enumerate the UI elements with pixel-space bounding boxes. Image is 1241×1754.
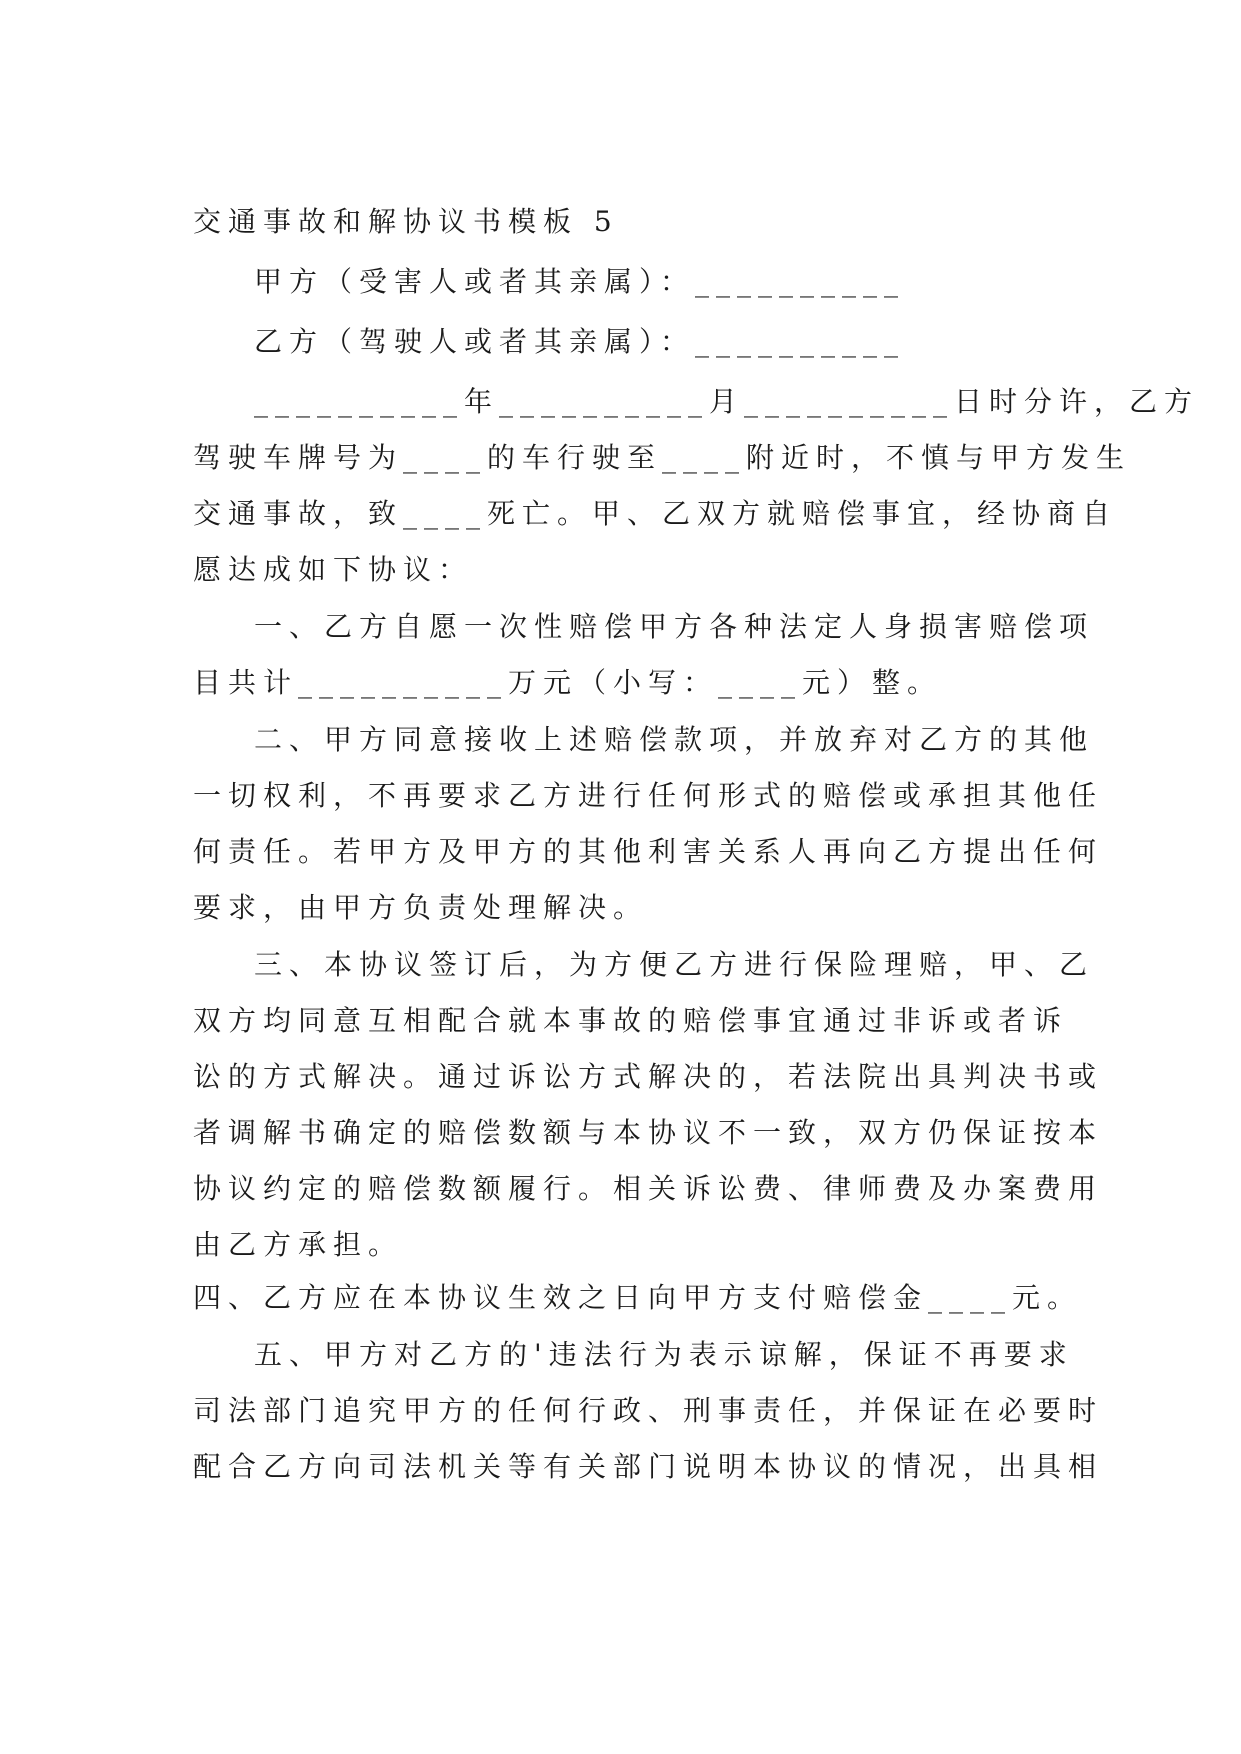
clause-5-line: 五、甲方对乙方的'违法行为表示谅解，保证不再要求 (254, 1335, 1074, 1375)
clause-2-line: 何责任。若甲方及甲方的其他利害关系人再向乙方提出任何 (193, 832, 1103, 872)
clause-2-line: 二、甲方同意接收上述赔偿款项，并放弃对乙方的其他 (254, 720, 1094, 760)
clause-5-line: 配合乙方向司法机关等有关部门说明本协议的情况，出具相 (193, 1447, 1103, 1487)
clause-3-line: 三、本协议签订后，为方便乙方进行保险理赔，甲、乙 (254, 945, 1094, 985)
clause-3-line: 者调解书确定的赔偿数额与本协议不一致，双方仍保证按本 (193, 1113, 1103, 1153)
clause-3-line: 双方均同意互相配合就本事故的赔偿事宜通过非诉或者诉 (193, 1001, 1068, 1041)
clause-2-line: 一切权利，不再要求乙方进行任何形式的赔偿或承担其他任 (193, 776, 1103, 816)
paragraph-line: 愿达成如下协议： (193, 550, 473, 590)
clause-1-line: 目共计__________万元（小写：____元）整。 (193, 663, 942, 703)
paragraph-line: 交通事故，致____死亡。甲、乙双方就赔偿事宜，经协商自 (193, 494, 1117, 534)
clause-3-line: 由乙方承担。 (193, 1225, 403, 1265)
clause-4-line: 四、乙方应在本协议生效之日向甲方支付赔偿金____元。 (193, 1278, 1082, 1318)
paragraph-line: 驾驶车牌号为____的车行驶至____附近时，不慎与甲方发生 (193, 438, 1131, 478)
party-a-line: 甲方（受害人或者其亲属）：__________ (254, 262, 905, 302)
paragraph-line: __________年__________月__________日时分许，乙方 (254, 382, 1199, 422)
clause-2-line: 要求，由甲方负责处理解决。 (193, 888, 648, 928)
clause-3-line: 讼的方式解决。通过诉讼方式解决的，若法院出具判决书或 (193, 1057, 1103, 1097)
clause-1-line: 一、乙方自愿一次性赔偿甲方各种法定人身损害赔偿项 (254, 607, 1094, 647)
document-title: 交通事故和解协议书模板 5 (193, 202, 619, 242)
document-page: 交通事故和解协议书模板 5 甲方（受害人或者其亲属）：__________ 乙方… (0, 0, 1241, 1754)
clause-3-line: 协议约定的赔偿数额履行。相关诉讼费、律师费及办案费用 (193, 1169, 1103, 1209)
party-b-line: 乙方（驾驶人或者其亲属）：__________ (254, 322, 905, 362)
clause-5-line: 司法部门追究甲方的任何行政、刑事责任，并保证在必要时 (193, 1391, 1103, 1431)
